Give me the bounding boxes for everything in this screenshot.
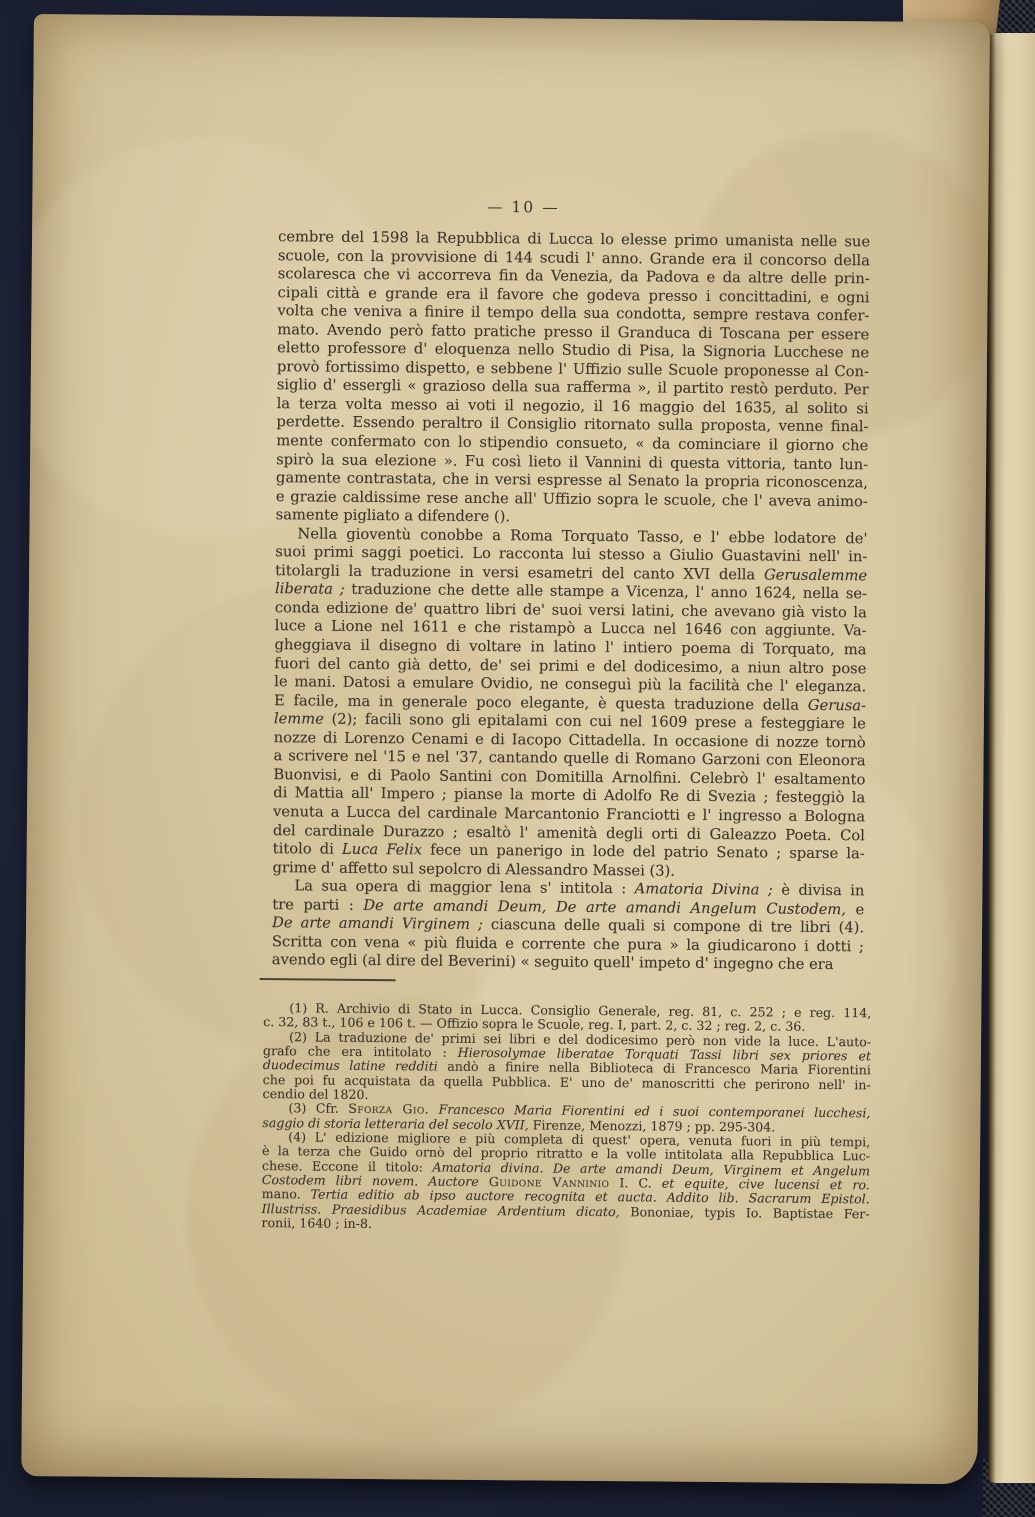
paragraph: Nella gioventù conobbe a Roma Torquato T…	[272, 525, 867, 883]
body-text: cembre del 1598 la Repubblica di Lucca l…	[272, 228, 870, 975]
text-line: avendo egli (al dire del Beverini) « seg…	[272, 951, 864, 975]
footnote: (2) La traduzione de' primi sei libri e …	[263, 1030, 872, 1107]
book-page: — 10 — cembre del 1598 la Repubblica di …	[21, 14, 990, 1484]
footnote: (4) L' edizione migliore e più completa …	[261, 1130, 870, 1236]
next-page-edge	[988, 33, 1035, 1483]
footnote-separator	[260, 978, 396, 981]
paragraph: La sua opera di maggior lena s' intitola…	[272, 877, 865, 975]
paragraph: cembre del 1598 la Repubblica di Lucca l…	[276, 228, 871, 530]
page-number: — 10 —	[443, 198, 603, 217]
footnotes: (1) R. Archivio di Stato in Lucca. Consi…	[261, 1001, 871, 1236]
